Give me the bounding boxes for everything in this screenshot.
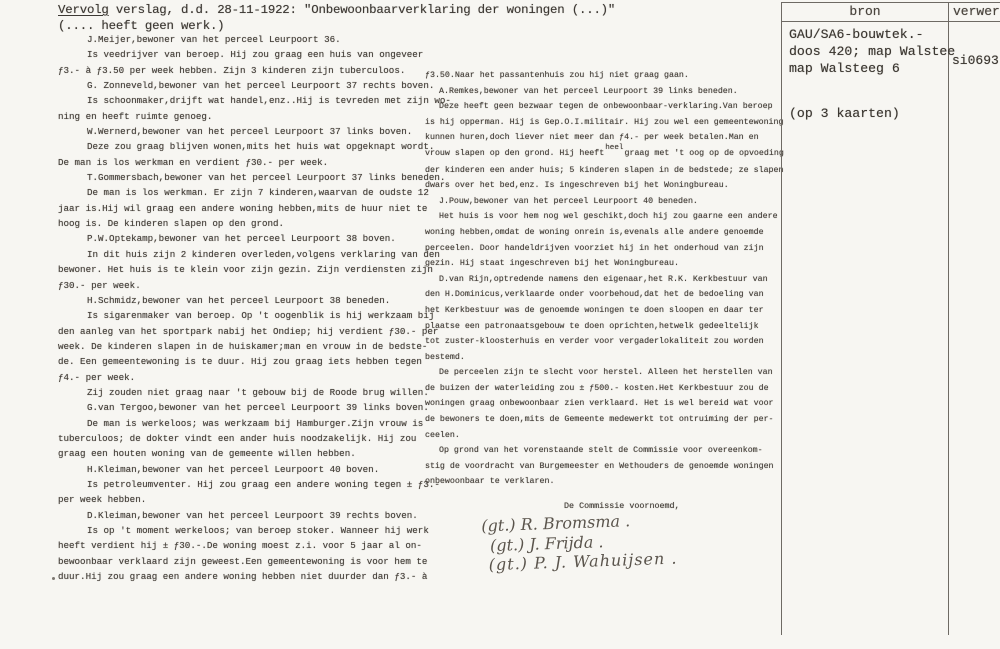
text-line: bewoonbaar verklaard zijn geweest.Een ge… bbox=[58, 554, 432, 569]
text-line: ƒ3.50.Naar het passantenhuis zou hij nie… bbox=[425, 68, 781, 84]
text-line: tot zuster-kloosterhuis en verder voor v… bbox=[425, 334, 781, 350]
bron-cell-line: GAU/SA6-bouwtek.- bbox=[789, 26, 955, 43]
text-line: heeft verdient hij ± ƒ30.-.De woning moe… bbox=[58, 538, 432, 553]
text-line: hoog is. De kinderen slapen op den grond… bbox=[58, 216, 432, 231]
text-line: den H.Dominicus,verklaarde onder voorbeh… bbox=[425, 287, 781, 303]
text-line: Is veedrijver van beroep. Hij zou graag … bbox=[58, 47, 432, 62]
text-line: Deze zou graag blijven wonen,mits het hu… bbox=[58, 139, 432, 154]
title-underlined-word: Vervolg bbox=[58, 3, 109, 17]
text-line: de bewoners te doen,mits de Gemeente med… bbox=[425, 412, 781, 428]
handwritten-signatures: (gt.) R. Bromsma .(gt.) J. Frijda .(gt.)… bbox=[481, 510, 678, 575]
text-line: A.Remkes,bewoner van het perceel Leurpoo… bbox=[425, 84, 781, 100]
text-line: tuberculoos; de dokter vindt een ander h… bbox=[58, 431, 432, 446]
right-text-column: ƒ3.50.Naar het passantenhuis zou hij nie… bbox=[425, 68, 781, 490]
title-rest: verslag, d.d. 28-11-1922: "Onbewoonbaarv… bbox=[109, 3, 616, 17]
text-line: de. Een gemeentewoning is te duur. Hij z… bbox=[58, 354, 432, 369]
text-line: plaatse een patronaatsgebouw te doen opr… bbox=[425, 319, 781, 335]
ink-speck bbox=[52, 577, 55, 580]
text-line: J.Meijer,bewoner van het perceel Leurpoo… bbox=[58, 32, 432, 47]
text-line: W.Wernerd,bewoner van het perceel Leurpo… bbox=[58, 124, 432, 139]
text-line: kunnen huren,doch liever niet meer dan ƒ… bbox=[425, 130, 781, 146]
text-line: D.Kleiman,bewoner van het perceel Leurpo… bbox=[58, 508, 432, 523]
column-header-bron: bron bbox=[782, 4, 948, 19]
text-line: woning hebben,omdat de woning onrein is,… bbox=[425, 225, 781, 241]
text-line: H.Schmidz,bewoner van het perceel Leurpo… bbox=[58, 293, 432, 308]
text-line: ƒ30.- per week. bbox=[58, 278, 432, 293]
text-line: De perceelen zijn te slecht voor herstel… bbox=[425, 365, 781, 381]
table-top-border bbox=[781, 2, 1000, 3]
text-line: jaar is.Hij wil graag een andere woning … bbox=[58, 201, 432, 216]
text-line: In dit huis zijn 2 kinderen overleden,vo… bbox=[58, 247, 432, 262]
text-line: graag een houten woning van de gemeente … bbox=[58, 446, 432, 461]
inserted-word-above-line: heel bbox=[605, 144, 623, 152]
text-line: stig de voordracht van Burgemeester en W… bbox=[425, 459, 781, 475]
left-text-column: J.Meijer,bewoner van het perceel Leurpoo… bbox=[58, 32, 432, 584]
text-line: onbewoonbaar te verklaren. bbox=[425, 474, 781, 490]
text-line: gezin. Hij staat ingeschreven bij het Wo… bbox=[425, 256, 781, 272]
bron-cell-line: doos 420; map Walstee bbox=[789, 43, 955, 60]
text-line: P.W.Optekamp,bewoner van het perceel Leu… bbox=[58, 231, 432, 246]
scanned-document-page: { "title": { "underlined": "Vervolg", "r… bbox=[0, 0, 1000, 649]
text-line: is hij opperman. Hij is Gep.O.I.militair… bbox=[425, 115, 781, 131]
text-line: Zij zouden niet graag naar 't gebouw bij… bbox=[58, 385, 432, 400]
text-line: per week hebben. bbox=[58, 492, 432, 507]
table-column-divider bbox=[948, 2, 949, 635]
text-line: de buizen der waterleiding zou ± ƒ500.- … bbox=[425, 381, 781, 397]
text-line: T.Gommersbach,bewoner van het perceel Le… bbox=[58, 170, 432, 185]
text-line: Is sigarenmaker van beroep. Op 't oogenb… bbox=[58, 308, 432, 323]
verwerkt-cell-value: si0693 bbox=[952, 53, 999, 68]
text-line: De man is werkeloos; was werkzaam bij Ha… bbox=[58, 416, 432, 431]
text-line: De man is los werkman en verdient ƒ30.- … bbox=[58, 155, 432, 170]
text-line: De man is los werkman. Er zijn 7 kindere… bbox=[58, 185, 432, 200]
text-line: perceelen. Door handeldrijven voorziet h… bbox=[425, 241, 781, 257]
text-line: Is op 't moment werkeloos; van beroep st… bbox=[58, 523, 432, 538]
text-line: ceelen. bbox=[425, 428, 781, 444]
text-line: dwars over het bed,enz. Is ingeschreven … bbox=[425, 178, 781, 194]
column-header-verwerkt: verwerkt bbox=[953, 4, 1000, 19]
text-line: het Kerkbestuur was de genoemde woningen… bbox=[425, 303, 781, 319]
document-title: Vervolg verslag, d.d. 28-11-1922: "Onbew… bbox=[58, 2, 615, 34]
text-line: den aanleg van het sportpark nabij het O… bbox=[58, 324, 432, 339]
text-line: ƒ3.- à ƒ3.50 per week hebben. Zijn 3 kin… bbox=[58, 63, 432, 78]
text-line: bestemd. bbox=[425, 350, 781, 366]
text-line: G.van Tergoo,bewoner van het perceel Leu… bbox=[58, 400, 432, 415]
bron-cell-note: (op 3 kaarten) bbox=[789, 106, 900, 121]
text-line: duur.Hij zou graag een andere woning heb… bbox=[58, 569, 432, 584]
table-header-underline bbox=[781, 21, 1000, 22]
text-line: week. De kinderen slapen in de huiskamer… bbox=[58, 339, 432, 354]
text-line: Is schoonmaker,drijft wat handel,enz..Hi… bbox=[58, 93, 432, 108]
text-line: G. Zonneveld,bewoner van het perceel Leu… bbox=[58, 78, 432, 93]
text-line: bewoner. Het huis is te klein voor zijn … bbox=[58, 262, 432, 277]
text-line: der kinderen een ander huis; 5 kinderen … bbox=[425, 163, 781, 179]
text-line: ning en heeft ruimte genoeg. bbox=[58, 109, 432, 124]
bron-cell-value: GAU/SA6-bouwtek.-doos 420; map Walsteema… bbox=[789, 26, 955, 78]
text-line: vrouw slapen op den grond. Hij heeftheel… bbox=[425, 146, 781, 163]
text-line: J.Pouw,bewoner van het perceel Leurpoort… bbox=[425, 194, 781, 210]
table-left-border bbox=[781, 2, 782, 635]
bron-cell-line: map Walsteeg 6 bbox=[789, 60, 955, 77]
text-line: D.van Rijn,optredende namens den eigenaa… bbox=[425, 272, 781, 288]
document-title-line1: Vervolg verslag, d.d. 28-11-1922: "Onbew… bbox=[58, 2, 615, 18]
text-line: Is petroleumventer. Hij zou graag een an… bbox=[58, 477, 432, 492]
text-line: ƒ4.- per week. bbox=[58, 370, 432, 385]
text-line: H.Kleiman,bewoner van het perceel Leurpo… bbox=[58, 462, 432, 477]
text-line: Het huis is voor hem nog wel geschikt,do… bbox=[425, 209, 781, 225]
text-line: Op grond van het vorenstaande stelt de C… bbox=[425, 443, 781, 459]
text-line: woningen graag onbewoonbaar zien verklaa… bbox=[425, 396, 781, 412]
text-line: Deze heeft geen bezwaar tegen de onbewoo… bbox=[425, 99, 781, 115]
